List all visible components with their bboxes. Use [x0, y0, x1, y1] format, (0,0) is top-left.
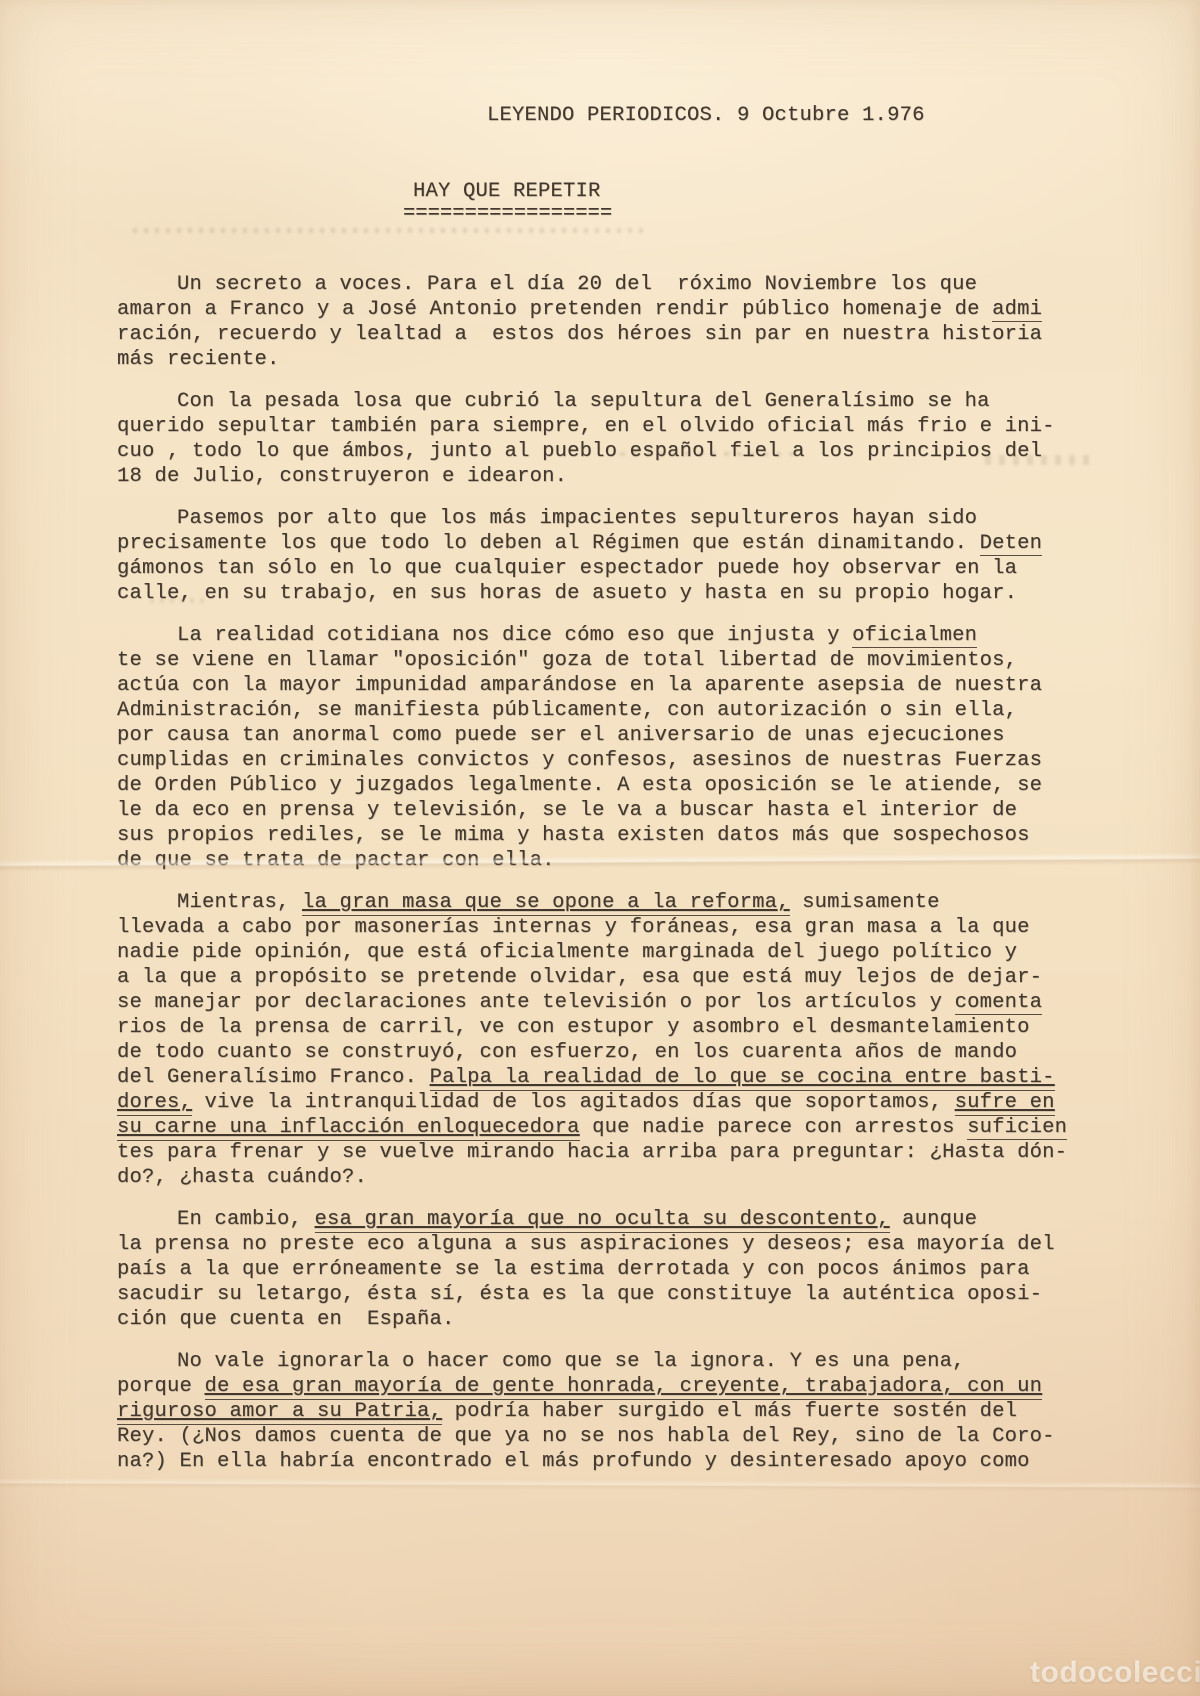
dateline: LEYENDO PERIODICOS. 9 Octubre 1.976	[487, 103, 925, 128]
text-line: por causa tan anormal como puede ser el …	[117, 723, 1107, 748]
text-line: la prensa no preste eco alguna a sus asp…	[117, 1232, 1107, 1257]
paragraph: Pasemos por alto que los más impacientes…	[117, 506, 1107, 606]
document-page: LEYENDO PERIODICOS. 9 Octubre 1.976 HAY …	[0, 0, 1200, 1696]
text-line: precisamente los que todo lo deben al Ré…	[117, 531, 1107, 556]
text-line: su carne una inflacción enloquecedora qu…	[117, 1115, 1107, 1140]
text-line: sus propios rediles, se le mima y hasta …	[117, 823, 1107, 848]
text-line: cuo , todo lo que ámbos, junto al pueblo…	[117, 439, 1107, 464]
paragraph: No vale ignorarla o hacer como que se la…	[117, 1349, 1107, 1474]
text-line: querido sepultar también para siempre, e…	[117, 414, 1107, 439]
text-line: se manejar por declaraciones ante televi…	[117, 990, 1107, 1015]
text-line: dores, vive la intranquilidad de los agi…	[117, 1090, 1107, 1115]
ink-smudge	[133, 228, 643, 233]
text-line: Pasemos por alto que los más impacientes…	[117, 506, 1107, 531]
text-line: llevada a cabo por masonerías internas y…	[117, 915, 1107, 940]
paragraph: Mientras, la gran masa que se opone a la…	[117, 890, 1107, 1190]
text-line: tes para frenar y se vuelve mirando haci…	[117, 1140, 1107, 1165]
text-line: sacudir su letargo, ésta sí, ésta es la …	[117, 1282, 1107, 1307]
text-line: más reciente.	[117, 347, 1107, 372]
text-line: En cambio, esa gran mayoría que no ocult…	[117, 1207, 1107, 1232]
text-line: de todo cuanto se construyó, con esfuerz…	[117, 1040, 1107, 1065]
text-line: na?) En ella habría encontrado el más pr…	[117, 1449, 1107, 1474]
text-line: a la que a propósito se pretende olvidar…	[117, 965, 1107, 990]
text-line: de Orden Público y juzgados legalmente. …	[117, 773, 1107, 798]
text-line: gámonos tan sólo en lo que cualquier esp…	[117, 556, 1107, 581]
paragraph: Un secreto a voces. Para el día 20 del r…	[117, 272, 1107, 372]
text-line: 18 de Julio, construyeron e idearon.	[117, 464, 1107, 489]
title-underline: =================	[403, 201, 612, 226]
text-line: cumplidas en criminales convictos y conf…	[117, 748, 1107, 773]
text-line: amaron a Franco y a José Antonio pretend…	[117, 297, 1107, 322]
text-line: de que se trata de pactar con ella.	[117, 848, 1107, 873]
watermark: todocoleccion	[1030, 1656, 1200, 1690]
text-line: ción que cuenta en España.	[117, 1307, 1107, 1332]
text-line: te se viene en llamar "oposición" goza d…	[117, 648, 1107, 673]
text-line: Con la pesada losa que cubrió la sepultu…	[117, 389, 1107, 414]
text-line: do?, ¿hasta cuándo?.	[117, 1165, 1107, 1190]
text-line: riguroso amor a su Patria, podría haber …	[117, 1399, 1107, 1424]
text-line: nadie pide opinión, que está oficialment…	[117, 940, 1107, 965]
text-line: La realidad cotidiana nos dice cómo eso …	[117, 623, 1107, 648]
text-line: país a la que erróneamente se la estima …	[117, 1257, 1107, 1282]
paragraph: En cambio, esa gran mayoría que no ocult…	[117, 1207, 1107, 1332]
document-body: Un secreto a voces. Para el día 20 del r…	[117, 272, 1107, 1474]
paragraph: Con la pesada losa que cubrió la sepultu…	[117, 389, 1107, 489]
text-line: actúa con la mayor impunidad amparándose…	[117, 673, 1107, 698]
text-line: rios de la prensa de carril, ve con estu…	[117, 1015, 1107, 1040]
text-line: porque de esa gran mayoría de gente honr…	[117, 1374, 1107, 1399]
text-line: Administración, se manifiesta públicamen…	[117, 698, 1107, 723]
paper-fold-crease	[0, 1478, 1200, 1492]
text-line: calle, en su trabajo, en sus horas de as…	[117, 581, 1107, 606]
text-line: No vale ignorarla o hacer como que se la…	[117, 1349, 1107, 1374]
text-line: le da eco en prensa y televisión, se le …	[117, 798, 1107, 823]
paragraph: La realidad cotidiana nos dice cómo eso …	[117, 623, 1107, 873]
text-line: Mientras, la gran masa que se opone a la…	[117, 890, 1107, 915]
text-line: Rey. (¿Nos damos cuenta de que ya no se …	[117, 1424, 1107, 1449]
text-line: del Generalísimo Franco. Palpa la realid…	[117, 1065, 1107, 1090]
text-line: Un secreto a voces. Para el día 20 del r…	[117, 272, 1107, 297]
text-line: ración, recuerdo y lealtad a estos dos h…	[117, 322, 1107, 347]
